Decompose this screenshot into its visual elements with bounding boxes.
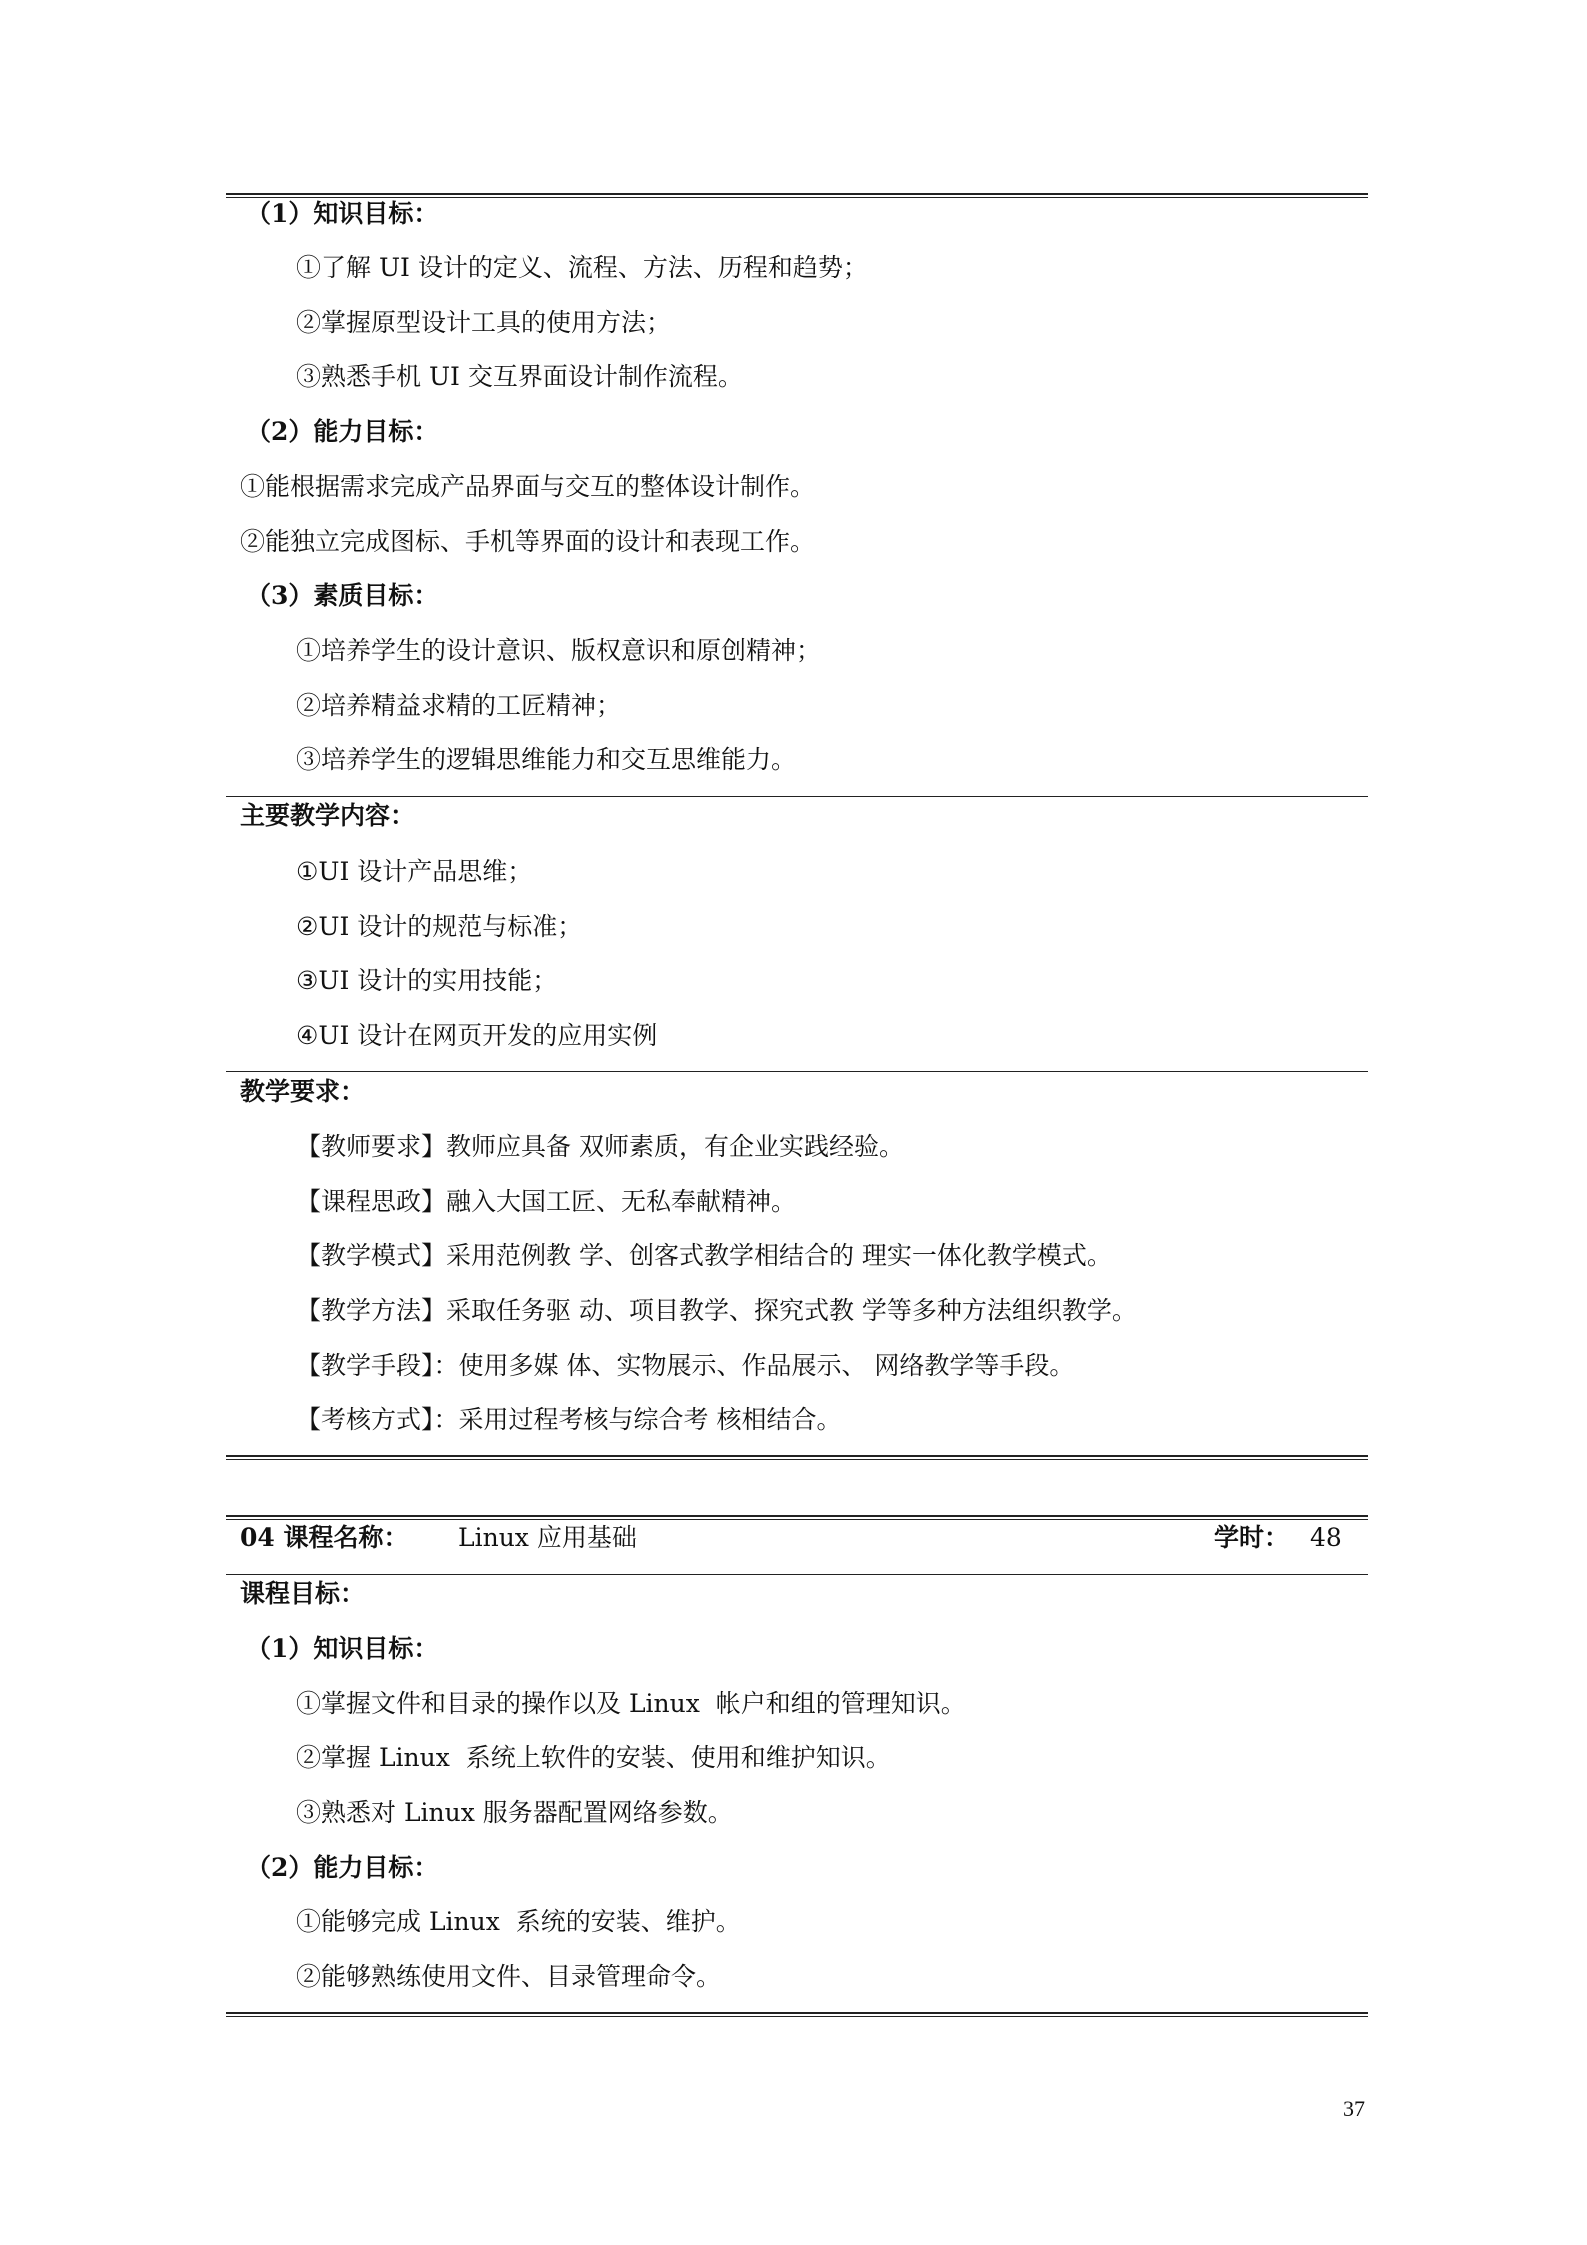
section-divider: [226, 796, 1368, 797]
knowledge-goal-item: ③熟悉对 Linux 服务器配置网络参数。: [296, 1797, 733, 1829]
main-content-heading: 主要教学内容：: [240, 800, 415, 832]
teaching-requirement-item: 【课程思政】融入大国工匠、无私奉献精神。: [296, 1186, 796, 1218]
main-content-item: ④UI 设计在网页开发的应用实例: [296, 1020, 657, 1052]
knowledge-goal-item: ③熟悉手机 UI 交互界面设计制作流程。: [296, 361, 743, 393]
ability-goals-heading: （2）能力目标：: [246, 416, 438, 448]
table-rule-bottom: [226, 1455, 1368, 1460]
ability-goals-heading: （2）能力目标：: [246, 1852, 438, 1884]
main-content-item: ②UI 设计的规范与标准；: [296, 911, 582, 943]
ability-goal-item: ②能够熟练使用文件、目录管理命令。: [296, 1961, 721, 1993]
teaching-requirement-item: 【教学模式】采用范例教 学、创客式教学相结合的 理实一体化教学模式。: [296, 1240, 1112, 1272]
ability-goal-item: ②能独立完成图标、手机等界面的设计和表现工作。: [240, 526, 815, 558]
knowledge-goals-heading: （1）知识目标：: [246, 1633, 438, 1665]
knowledge-goal-item: ①了解 UI 设计的定义、流程、方法、历程和趋势；: [296, 252, 868, 284]
quality-goal-item: ③培养学生的逻辑思维能力和交互思维能力。: [296, 744, 796, 776]
course-hours-value: 48: [1310, 1522, 1342, 1554]
section-divider: [226, 1071, 1368, 1072]
main-content-item: ①UI 设计产品思维；: [296, 856, 532, 888]
table-rule-bottom: [226, 2012, 1368, 2017]
main-content-item: ③UI 设计的实用技能；: [296, 965, 557, 997]
teaching-requirement-item: 【考核方式】：采用过程考核与综合考 核相结合。: [296, 1404, 841, 1436]
ability-goal-item: ①能根据需求完成产品界面与交互的整体设计制作。: [240, 471, 815, 503]
quality-goal-item: ①培养学生的设计意识、版权意识和原创精神；: [296, 635, 821, 667]
quality-goal-item: ②培养精益求精的工匠精神；: [296, 690, 621, 722]
course-hours-label: 学时：: [1214, 1522, 1289, 1554]
page-number: 37: [1343, 2096, 1365, 2122]
course-name-label: 04 课程名称：: [240, 1522, 409, 1554]
knowledge-goal-item: ①掌握文件和目录的操作以及 Linux 帐户和组的管理知识。: [296, 1688, 966, 1720]
table-rule-top: [226, 1515, 1368, 1520]
knowledge-goal-item: ②掌握 Linux 系统上软件的安装、使用和维护知识。: [296, 1742, 891, 1774]
section-divider: [226, 1574, 1368, 1575]
teaching-requirement-item: 【教学手段】：使用多媒 体、实物展示、作品展示、 网络教学等手段。: [296, 1350, 1074, 1382]
quality-goals-heading: （3）素质目标：: [246, 580, 438, 612]
knowledge-goals-heading: （1）知识目标：: [246, 198, 438, 230]
course-goals-heading: 课程目标：: [240, 1578, 365, 1610]
ability-goal-item: ①能够完成 Linux 系统的安装、维护。: [296, 1906, 741, 1938]
teaching-requirements-heading: 教学要求：: [240, 1076, 365, 1108]
document-page: （1）知识目标： ①了解 UI 设计的定义、流程、方法、历程和趋势； ②掌握原型…: [0, 0, 1587, 2245]
course-name-value: Linux 应用基础: [458, 1522, 637, 1554]
teaching-requirement-item: 【教师要求】教师应具备 双师素质，有企业实践经验。: [296, 1131, 904, 1163]
knowledge-goal-item: ②掌握原型设计工具的使用方法；: [296, 307, 671, 339]
teaching-requirement-item: 【教学方法】采取任务驱 动、项目教学、探究式教 学等多种方法组织教学。: [296, 1295, 1137, 1327]
